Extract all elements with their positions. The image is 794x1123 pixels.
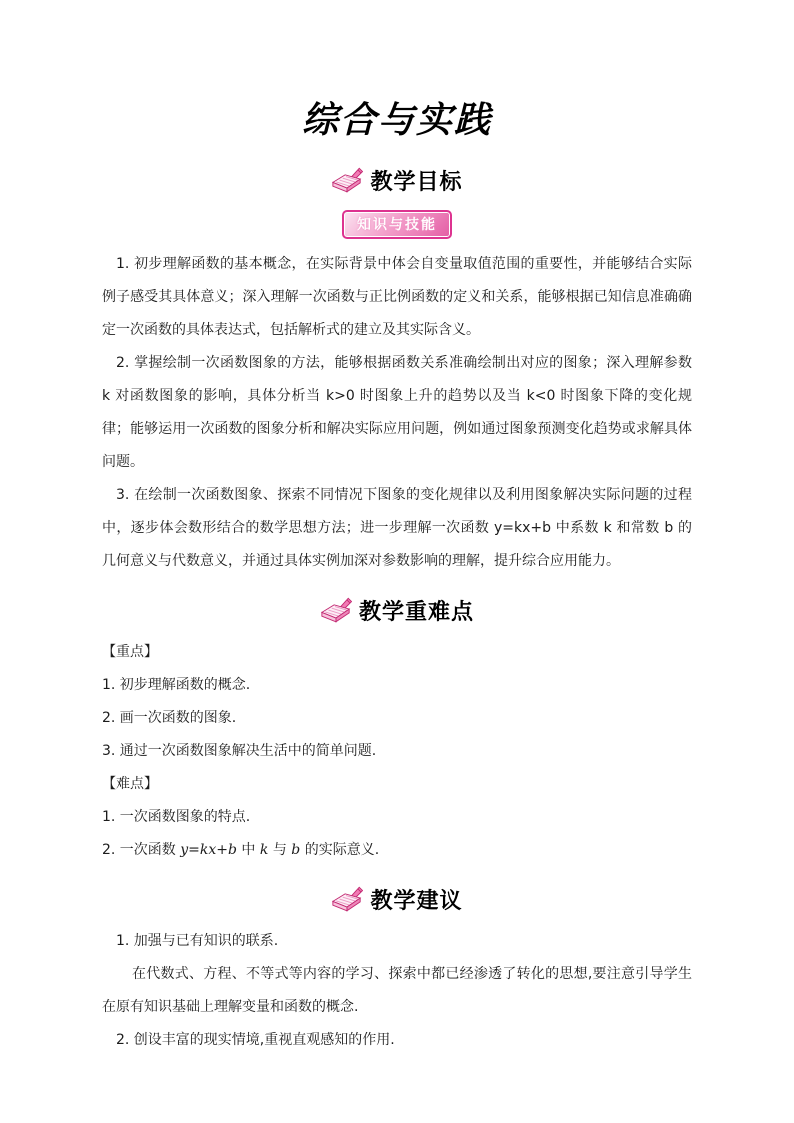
objectives-body: 1. 初步理解函数的基本概念，在实际背景中体会自变量取值范围的重要性，并能够结合… — [102, 248, 692, 578]
difficult-item2-var-b: b — [291, 842, 300, 858]
objectives-section-heading: 教学目标 — [102, 164, 692, 196]
suggestions-body: 1. 加强与已有知识的联系. 在代数式、方程、不等式等内容的学习、探索中都已经渗… — [102, 925, 692, 1057]
notebook-pencil-icon — [331, 885, 363, 914]
notebook-pencil-icon — [331, 166, 363, 195]
objectives-paragraph-1: 1. 初步理解函数的基本概念，在实际背景中体会自变量取值范围的重要性，并能够结合… — [102, 248, 692, 347]
difficult-point-item-2: 2. 一次函数 y=kx+b 中 k 与 b 的实际意义. — [102, 834, 692, 867]
key-point-item-1: 1. 初步理解函数的概念. — [102, 669, 692, 702]
document-page: 综合与实践 教学目标 知识与技能 1. 初步理解函数的基本概念，在实际背景中体会… — [0, 0, 794, 1123]
difficult-item2-formula: y=kx+b — [180, 842, 237, 858]
key-difficult-heading-label: 教学重难点 — [359, 595, 474, 626]
badge-row: 知识与技能 — [102, 210, 692, 236]
objectives-paragraph-3: 3. 在绘制一次函数图象、探索不同情况下图象的变化规律以及利用图象解决实际问题的… — [102, 479, 692, 578]
key-point-item-3: 3. 通过一次函数图象解决生活中的简单问题. — [102, 735, 692, 768]
suggestions-paragraph-2: 在代数式、方程、不等式等内容的学习、探索中都已经渗透了转化的思想,要注意引导学生… — [102, 958, 692, 1024]
knowledge-skills-badge: 知识与技能 — [342, 210, 452, 239]
key-point-item-2: 2. 画一次函数的图象. — [102, 702, 692, 735]
suggestions-paragraph-3: 2. 创设丰富的现实情境,重视直观感知的作用. — [102, 1024, 692, 1057]
difficult-points-label: 【难点】 — [102, 768, 692, 801]
difficult-item2-mid2: 与 — [268, 842, 291, 858]
notebook-pencil-icon — [320, 596, 352, 625]
suggestions-section-heading: 教学建议 — [102, 883, 692, 915]
objectives-heading-label: 教学目标 — [370, 165, 462, 196]
difficult-item2-mid1: 中 — [237, 842, 260, 858]
difficult-item2-suffix: 的实际意义. — [300, 842, 379, 858]
key-difficult-body: 【重点】 1. 初步理解函数的概念. 2. 画一次函数的图象. 3. 通过一次函… — [102, 636, 692, 867]
difficult-item2-prefix: 2. 一次函数 — [102, 842, 180, 858]
objectives-paragraph-2: 2. 掌握绘制一次函数图象的方法，能够根据函数关系准确绘制出对应的图象；深入理解… — [102, 347, 692, 479]
key-difficult-section-heading: 教学重难点 — [102, 594, 692, 626]
suggestions-paragraph-1: 1. 加强与已有知识的联系. — [102, 925, 692, 958]
key-points-label: 【重点】 — [102, 636, 692, 669]
page-title: 综合与实践 — [102, 96, 692, 146]
suggestions-heading-label: 教学建议 — [370, 884, 462, 915]
difficult-point-item-1: 1. 一次函数图象的特点. — [102, 801, 692, 834]
